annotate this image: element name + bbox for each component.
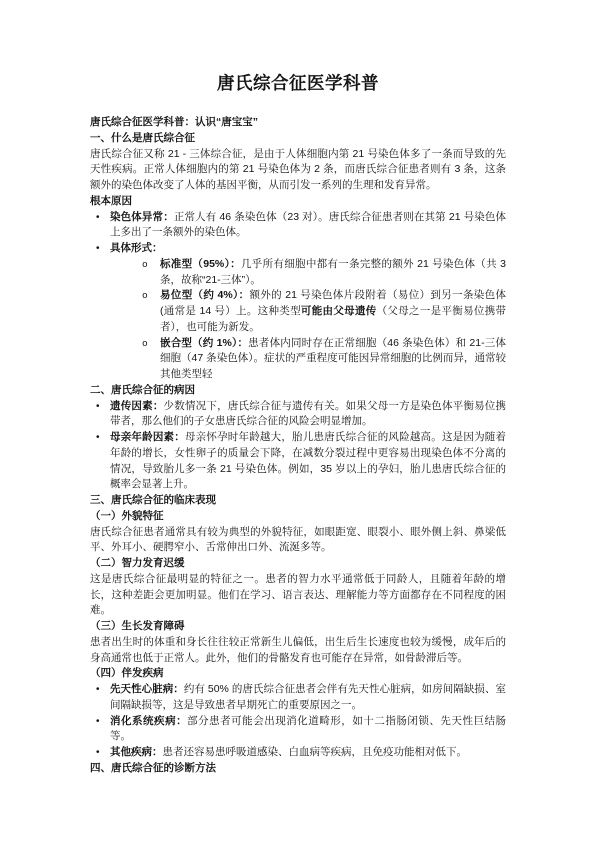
list-item-digestive-disease: • 消化系统疾病：部分患者可能会出现消化道畸形，如十二指肠闭锁、先天性巨结肠等。 bbox=[90, 714, 506, 746]
sublist-item-standard-type: o 标准型（95%）：几乎所有细胞中都有一条完整的额外 21 号染色体（共 3 … bbox=[90, 257, 506, 289]
bullet-icon: • bbox=[96, 241, 100, 257]
list-item-chromosome-abnormality: • 染色体异常：正常人有 46 条染色体（23 对）。唐氏综合征患者则在其第 2… bbox=[90, 210, 506, 242]
list-term: 遗传因素： bbox=[110, 400, 164, 412]
sublist-item-mosaic-type: o 嵌合型（约 1%）：患者体内同时存在正常细胞（46 条染色体）和 21-三体… bbox=[90, 336, 506, 383]
list-item-maternal-age-factor: • 母亲年龄因素：母亲怀孕时年龄越大，胎儿患唐氏综合征的风险越高。这是因为随着年… bbox=[90, 430, 506, 493]
bullet-icon: • bbox=[96, 745, 100, 761]
circle-bullet-icon: o bbox=[142, 288, 148, 304]
bullet-icon: • bbox=[96, 430, 100, 446]
list-item-genetic-factor: • 遗传因素：少数情况下，唐氏综合征与遗传有关。如果父母一方是染色体平衡易位携带… bbox=[90, 399, 506, 431]
list-item-other-diseases: • 其他疾病：患者还容易患呼吸道感染、白血病等疾病，且免疫功能相对低下。 bbox=[90, 745, 506, 761]
heading-root-cause: 根本原因 bbox=[90, 194, 506, 210]
document-subtitle: 唐氏综合征医学科普：认识“唐宝宝” bbox=[90, 115, 506, 131]
circle-bullet-icon: o bbox=[142, 257, 148, 273]
paragraph-intellectual-delay: 这是唐氏综合征最明显的特征之一。患者的智力水平通常低于同龄人，且随着年龄的增长，… bbox=[90, 572, 506, 619]
paragraph-growth-disorder: 患者出生时的体重和身长往往较正常新生儿偏低，出生后生长速度也较为缓慢，成年后的身… bbox=[90, 635, 506, 667]
bullet-icon: • bbox=[96, 682, 100, 698]
heading-intellectual-delay: （二）智力发育迟缓 bbox=[90, 556, 506, 572]
heading-section-3: 三、唐氏综合征的临床表现 bbox=[90, 493, 506, 509]
list-term: 易位型（约 4%）： bbox=[160, 289, 249, 301]
list-item-specific-forms: • 具体形式： bbox=[90, 241, 506, 257]
heading-section-4: 四、唐氏综合征的诊断方法 bbox=[90, 761, 506, 777]
bullet-icon: • bbox=[96, 210, 100, 226]
document-title: 唐氏综合征医学科普 bbox=[90, 72, 506, 94]
list-term: 嵌合型（约 1%）： bbox=[160, 337, 248, 349]
list-text: 患者还容易患呼吸道感染、白血病等疾病，且免疫功能相对低下。 bbox=[163, 746, 468, 758]
heading-comorbidities: （四）伴发疾病 bbox=[90, 666, 506, 682]
list-term: 母亲年龄因素： bbox=[110, 431, 185, 443]
document-page: 唐氏综合征医学科普 唐氏综合征医学科普：认识“唐宝宝” 一、什么是唐氏综合征 唐… bbox=[0, 0, 595, 841]
list-term: 消化系统疾病： bbox=[110, 715, 187, 727]
list-term: 具体形式： bbox=[110, 242, 163, 254]
list-text-emphasis: 可能由父母遗传 bbox=[301, 305, 377, 317]
list-item-congenital-heart-disease: • 先天性心脏病：约有 50% 的唐氏综合征患者会伴有先天性心脏病，如房间隔缺损… bbox=[90, 682, 506, 714]
bullet-icon: • bbox=[96, 399, 100, 415]
list-text: 少数情况下，唐氏综合征与遗传有关。如果父母一方是染色体平衡易位携带者，那么他们的… bbox=[110, 400, 506, 428]
list-term: 其他疾病： bbox=[110, 746, 163, 758]
heading-growth-disorder: （三）生长发育障碍 bbox=[90, 619, 506, 635]
bullet-icon: • bbox=[96, 714, 100, 730]
heading-appearance: （一）外貌特征 bbox=[90, 509, 506, 525]
paragraph-appearance: 唐氏综合征患者通常具有较为典型的外貌特征，如眼距宽、眼裂小、眼外侧上斜、鼻梁低平… bbox=[90, 525, 506, 557]
heading-section-1: 一、什么是唐氏综合征 bbox=[90, 131, 506, 147]
paragraph-section-1-intro: 唐氏综合征又称 21 - 三体综合征，是由于人体细胞内第 21 号染色体多了一条… bbox=[90, 147, 506, 194]
list-term: 染色体异常： bbox=[110, 211, 174, 223]
document-content: 唐氏综合征医学科普 唐氏综合征医学科普：认识“唐宝宝” 一、什么是唐氏综合征 唐… bbox=[90, 72, 506, 777]
heading-section-2: 二、唐氏综合征的病因 bbox=[90, 383, 506, 399]
list-term: 标准型（95%）： bbox=[160, 258, 241, 270]
list-term: 先天性心脏病： bbox=[110, 683, 184, 695]
sublist-item-translocation-type: o 易位型（约 4%）：额外的 21 号染色体片段附着（易位）到另一条染色体(通… bbox=[90, 288, 506, 335]
circle-bullet-icon: o bbox=[142, 336, 148, 352]
